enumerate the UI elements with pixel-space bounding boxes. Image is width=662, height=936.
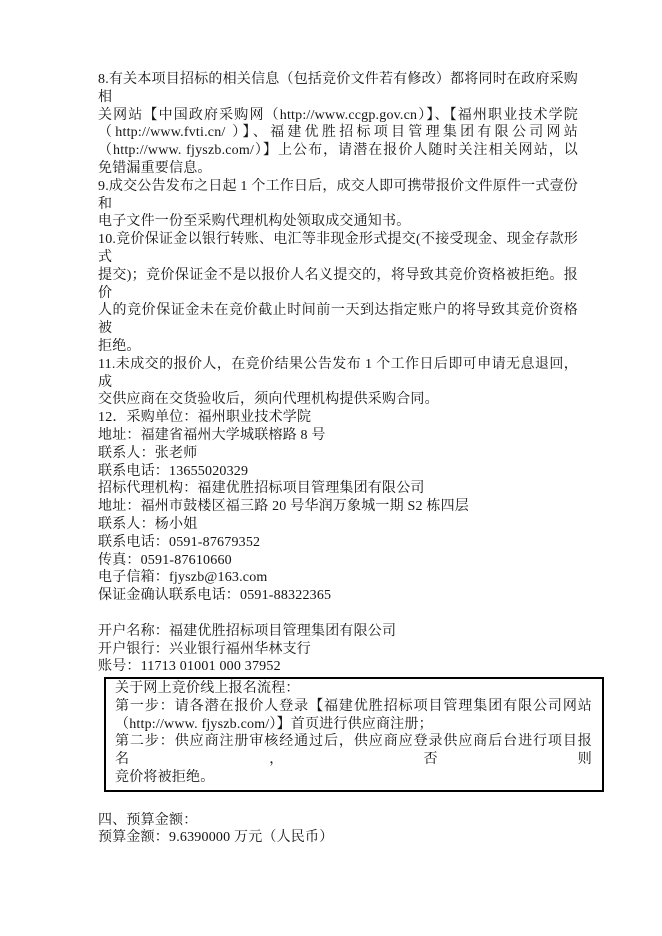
- text-line: 开户银行：兴业银行福州华林支行: [98, 641, 578, 659]
- spacer: [98, 794, 578, 812]
- text-line: 提交)；竞价保证金不是以报价人名义提交的，将导致其竞价资格被拒绝。报价: [98, 267, 578, 303]
- clause-9: 9.成交公告发布之日起 1 个工作日后，成交人即可携带报价文件原件一式壹份和电子…: [98, 178, 578, 231]
- clause-8: 8.有关本项目招标的相关信息（包括竞价文件若有修改）都将同时在政府采购相关网站【…: [98, 71, 578, 178]
- clause-12-contacts: 12．采购单位：福州职业技术学院地址：福建省福州大学城联榕路 8 号联系人：张老…: [98, 409, 578, 605]
- text-line: 关于网上竞价线上报名流程：: [115, 680, 592, 698]
- text-line: （http://www. fjyszb.com/）】上公布，请潜在报价人随时关注…: [98, 142, 578, 160]
- text-line: 招标代理机构：福建优胜招标项目管理集团有限公司: [98, 480, 578, 498]
- text-line: 联系人：杨小姐: [98, 516, 578, 534]
- text-line: 9.成交公告发布之日起 1 个工作日后，成交人即可携带报价文件原件一式壹份和: [98, 178, 578, 214]
- text-line: 地址：福建省福州大学城联榕路 8 号: [98, 427, 578, 445]
- text-line: 人的竞价保证金未在竞价截止时间前一天到达指定账户的将导致其竞价资格被: [98, 302, 578, 338]
- text-line: 联系电话：0591-87679352: [98, 534, 578, 552]
- text-line: （http://www. fjyszb.com/）】首页进行供应商注册；: [115, 716, 592, 734]
- text-line: 关网站【中国政府采购网（http://www.ccgp.gov.cn）】、【福州…: [98, 107, 578, 125]
- text-line: 四、预算金额：: [98, 812, 578, 830]
- text-line: 10.竞价保证金以银行转账、电汇等非现金形式提交(不接受现金、现金存款形式: [98, 231, 578, 267]
- text-line: 预算金额：9.6390000 万元（人民币）: [98, 829, 578, 847]
- text-line: 拒绝。: [98, 338, 578, 356]
- bank-account-info: 开户名称：福建优胜招标项目管理集团有限公司开户银行：兴业银行福州华林支行账号：1…: [98, 623, 578, 676]
- text-line: 保证金确认联系电话：0591-88322365: [98, 587, 578, 605]
- text-line: 12．采购单位：福州职业技术学院: [98, 409, 578, 427]
- text-line: 11.未成交的报价人，在竞价结果公告发布 1 个工作日后即可申请无息退回，成: [98, 356, 578, 392]
- text-line: 8.有关本项目招标的相关信息（包括竞价文件若有修改）都将同时在政府采购相: [98, 71, 578, 107]
- online-registration-notice: 关于网上竞价线上报名流程：第一步：请各潜在报价人登录【福建优胜招标项目管理集团有…: [104, 677, 604, 792]
- text-line: 地址：福州市鼓楼区福三路 20 号华润万象城一期 S2 栋四层: [98, 498, 578, 516]
- text-line: 联系人：张老师: [98, 445, 578, 463]
- text-line: 第一步：请各潜在报价人登录【福建优胜招标项目管理集团有限公司网站: [115, 698, 592, 716]
- text-line: 开户名称：福建优胜招标项目管理集团有限公司: [98, 623, 578, 641]
- section-4-budget: 四、预算金额：预算金额：9.6390000 万元（人民币）: [98, 812, 578, 848]
- text-line: 电子文件一份至采购代理机构处领取成交通知书。: [98, 213, 578, 231]
- spacer: [98, 605, 578, 623]
- text-line: 交供应商在交货验收后，须向代理机构提供采购合同。: [98, 391, 578, 409]
- document-page: 8.有关本项目招标的相关信息（包括竞价文件若有修改）都将同时在政府采购相关网站【…: [98, 71, 578, 847]
- clause-10: 10.竞价保证金以银行转账、电汇等非现金形式提交(不接受现金、现金存款形式提交)…: [98, 231, 578, 356]
- text-line: 联系电话：13655020329: [98, 463, 578, 481]
- text-line: 账号：11713 01001 000 37952: [98, 658, 578, 676]
- text-line: （http://www.fvti.cn/ ）】、福建优胜招标项目管理集团有限公司…: [98, 124, 578, 142]
- text-line: 电子信箱：fjyszb@163.com: [98, 569, 578, 587]
- text-line: 第二步：供应商注册审核经通过后，供应商应登录供应商后台进行项目报名，否则: [115, 733, 592, 769]
- text-line: 传真：0591-87610660: [98, 552, 578, 570]
- text-line: 免错漏重要信息。: [98, 160, 578, 178]
- text-line: 竞价将被拒绝。: [115, 769, 592, 787]
- clause-11: 11.未成交的报价人，在竞价结果公告发布 1 个工作日后即可申请无息退回，成交供…: [98, 356, 578, 409]
